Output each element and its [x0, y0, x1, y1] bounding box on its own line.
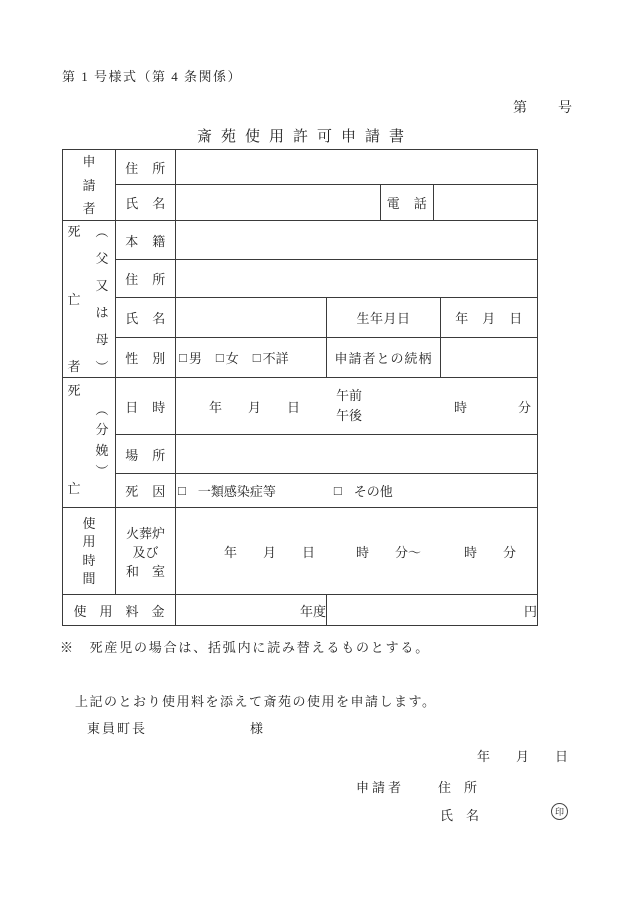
usage-time-field[interactable]: 年 月 日 時 分～ 時 分 — [176, 508, 538, 595]
paren-close: ） — [95, 360, 108, 373]
hour-label: 時 — [454, 397, 467, 416]
deceased-registry-input[interactable] — [176, 221, 538, 260]
relationship-label: 申請者との続柄 — [327, 338, 441, 378]
usage-from-placeholder: 時 分～ — [356, 542, 421, 561]
fee-label: 使 用 料 金 — [63, 595, 176, 626]
death-cause-cell: □ 一類感染症等 □ その他 — [176, 474, 538, 508]
death-datetime-field[interactable]: 年 月 日 午前 午後 時 分 — [176, 378, 538, 435]
checkbox-female[interactable]: □ 女 — [216, 348, 239, 367]
checkbox-male[interactable]: □ 男 — [179, 348, 202, 367]
signer-label: 申請者 — [356, 777, 404, 796]
applicant-address-input[interactable] — [176, 150, 538, 185]
addressee-name: 東員町長 — [87, 718, 147, 737]
checkbox-sex-unknown[interactable]: □ 不詳 — [253, 348, 289, 367]
applicant-name-input[interactable] — [176, 185, 381, 221]
checkbox-icon[interactable]: □ — [334, 483, 342, 499]
death-date-placeholder: 年 月 日 — [209, 397, 300, 416]
checkbox-cause-other[interactable]: □ その他 — [334, 481, 393, 500]
deceased-group-label: 死 亡 者 （ 父 又 は 母 ） — [63, 221, 116, 378]
phone-label: 電 話 — [381, 185, 434, 221]
stillbirth-note: ※ 死産児の場合は、括弧内に読み替えるものとする。 — [60, 637, 430, 656]
deceased-address-label: 住 所 — [116, 260, 176, 298]
doc-no-prefix: 第 — [513, 97, 527, 117]
deceased-name-label: 氏 名 — [116, 298, 176, 338]
honorific: 様 — [250, 718, 265, 737]
form-table: 申 請 者 住 所 氏 名 電 話 死 亡 者 — [62, 149, 538, 626]
phone-input[interactable] — [434, 185, 538, 221]
sign-address-field[interactable]: 住 所 — [438, 777, 477, 796]
applicant-address-label: 住 所 — [116, 150, 176, 185]
checkbox-icon[interactable]: □ — [216, 350, 224, 366]
paren-open: （ — [95, 403, 108, 416]
deceased-address-input[interactable] — [176, 260, 538, 298]
crematory-room-label: 火葬炉 及び 和 室 — [116, 508, 176, 595]
death-datetime-label: 日 時 — [116, 378, 176, 435]
checkbox-icon[interactable]: □ — [179, 350, 187, 366]
birth-date-label: 生年月日 — [327, 298, 441, 338]
checkbox-icon[interactable]: □ — [178, 483, 186, 499]
paren-close: ） — [95, 464, 108, 477]
usage-time-group-label: 使 用 時 間 — [63, 508, 116, 595]
birth-date-field[interactable]: 年 月 日 — [441, 298, 538, 338]
document-number-line: 第 号 — [513, 97, 572, 117]
fee-amount-field[interactable]: 円 — [327, 595, 538, 626]
usage-to-placeholder: 時 分 — [464, 542, 516, 561]
usage-date-placeholder: 年 月 日 — [224, 542, 315, 561]
form-number-label: 第 1 号様式（第 4 条関係） — [62, 66, 242, 85]
death-group-label: 死 亡 （ 分 娩 ） — [63, 378, 116, 508]
fee-year-field[interactable]: 年度 — [176, 595, 327, 626]
death-place-label: 場 所 — [116, 435, 176, 474]
death-place-input[interactable] — [176, 435, 538, 474]
death-cause-label: 死 因 — [116, 474, 176, 508]
applicant-group-label: 申 請 者 — [63, 150, 116, 221]
relationship-input[interactable] — [441, 338, 538, 378]
minute-label: 分 — [518, 397, 531, 416]
applicant-name-label: 氏 名 — [116, 185, 176, 221]
application-form-page: 第 1 号様式（第 4 条関係） 第 号 斎苑使用許可申請書 申 請 者 住 所… — [0, 0, 630, 903]
sex-options-cell: □ 男 □ 女 □ 不詳 — [176, 338, 327, 378]
deceased-name-input[interactable] — [176, 298, 327, 338]
signature-date-field[interactable]: 年 月 日 — [477, 746, 568, 765]
addressee-line: 東員町長 様 — [87, 718, 265, 737]
application-statement: 上記のとおり使用料を添えて斎苑の使用を申請します。 — [75, 691, 436, 710]
paren-open: （ — [95, 225, 108, 238]
page-title: 斎苑使用許可申請書 — [63, 125, 538, 146]
am-pm-label: 午前 午後 — [336, 386, 362, 426]
checkbox-icon[interactable]: □ — [253, 350, 261, 366]
deceased-registry-label: 本 籍 — [116, 221, 176, 260]
sex-label: 性 別 — [116, 338, 176, 378]
checkbox-infectious-disease[interactable]: □ 一類感染症等 — [178, 481, 276, 500]
sign-name-field[interactable]: 氏 名 — [440, 805, 479, 824]
seal-mark: 印 — [551, 803, 568, 820]
doc-no-suffix: 号 — [558, 97, 572, 117]
